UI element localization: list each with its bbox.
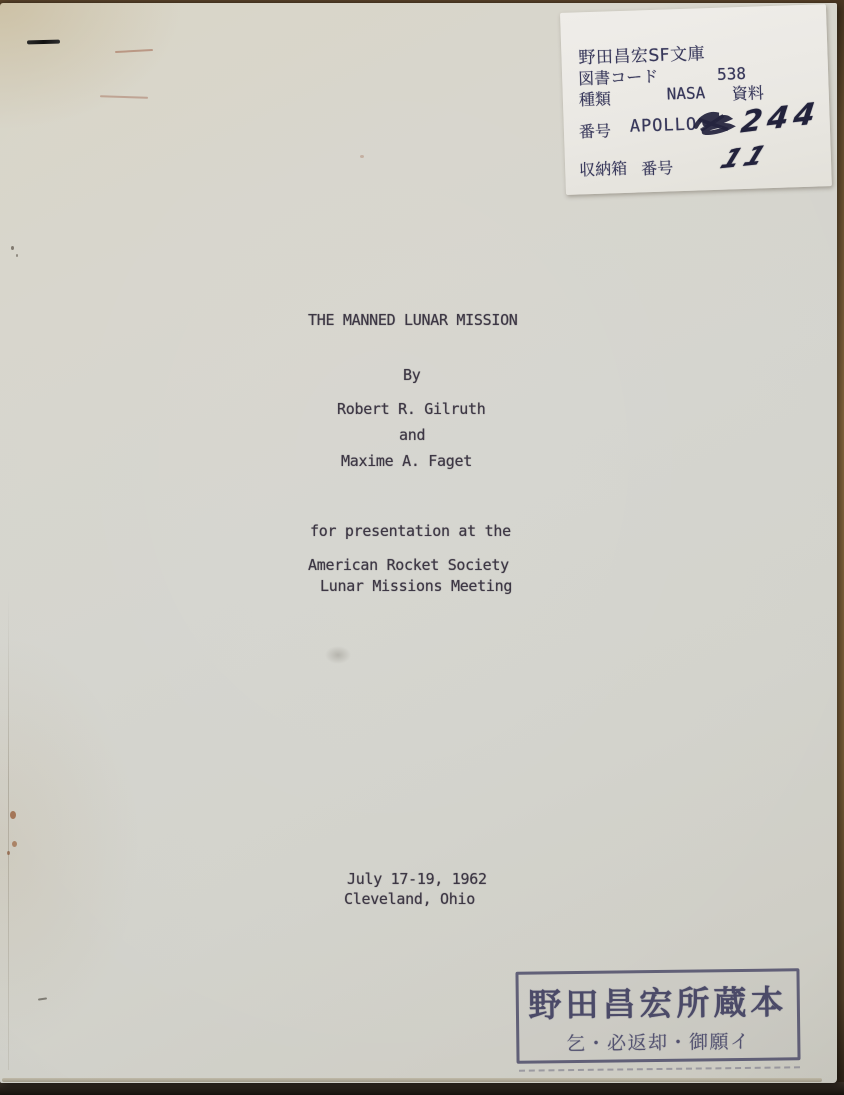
stain-mark xyxy=(10,811,16,819)
label-storage-handwritten: 11 xyxy=(716,140,774,175)
organization-line: American Rocket Society xyxy=(308,556,509,574)
location-line: Cleveland, Ohio xyxy=(344,890,475,908)
document-photo: 野田昌宏SF文庫 図書コード 538 種類 NASA 資料 番号 APOLLO … xyxy=(0,0,844,1095)
meeting-line: Lunar Missions Meeting xyxy=(320,577,512,595)
page-bottom-edge xyxy=(2,1078,822,1082)
stain-mark xyxy=(325,646,351,664)
label-book-code-key: 図書コード xyxy=(578,64,659,90)
byline: By xyxy=(403,366,420,384)
stain-mark xyxy=(7,851,10,855)
stain-mark xyxy=(360,155,364,158)
label-category-value: NASA xyxy=(666,83,705,103)
stain-mark xyxy=(16,254,18,257)
author-2: Maxime A. Faget xyxy=(341,452,472,470)
stamp-owner-text: 野田昌宏所蔵本 xyxy=(528,976,788,1026)
label-number-key: 番号 xyxy=(579,118,612,142)
background-edge-bottom xyxy=(0,1082,844,1095)
label-category-value-suffix: 資料 xyxy=(731,80,764,104)
presentation-line: for presentation at the xyxy=(310,522,511,540)
library-label-sticker: 野田昌宏SF文庫 図書コード 538 種類 NASA 資料 番号 APOLLO … xyxy=(560,4,832,195)
label-storage-number-key: 番号 xyxy=(641,155,674,179)
pencil-dash-mark xyxy=(27,40,60,45)
date-line: July 17-19, 1962 xyxy=(347,870,487,888)
stain-mark xyxy=(12,841,17,847)
ownership-stamp: 野田昌宏所蔵本 乞・必返却・御願イ xyxy=(515,968,800,1063)
label-number-typed: APOLLO xyxy=(629,115,697,137)
author-1: Robert R. Gilruth xyxy=(337,400,485,418)
stamp-return-text: 乞・必返却・御願イ xyxy=(566,1026,751,1055)
label-storage-key: 収納箱 xyxy=(579,156,628,181)
ink-scribble-icon xyxy=(691,104,738,146)
stain-mark xyxy=(11,246,14,250)
page-crease xyxy=(8,590,9,1070)
document-title: THE MANNED LUNAR MISSION xyxy=(308,311,518,329)
author-conjunction: and xyxy=(399,426,425,444)
label-category-key: 種類 xyxy=(578,86,611,110)
